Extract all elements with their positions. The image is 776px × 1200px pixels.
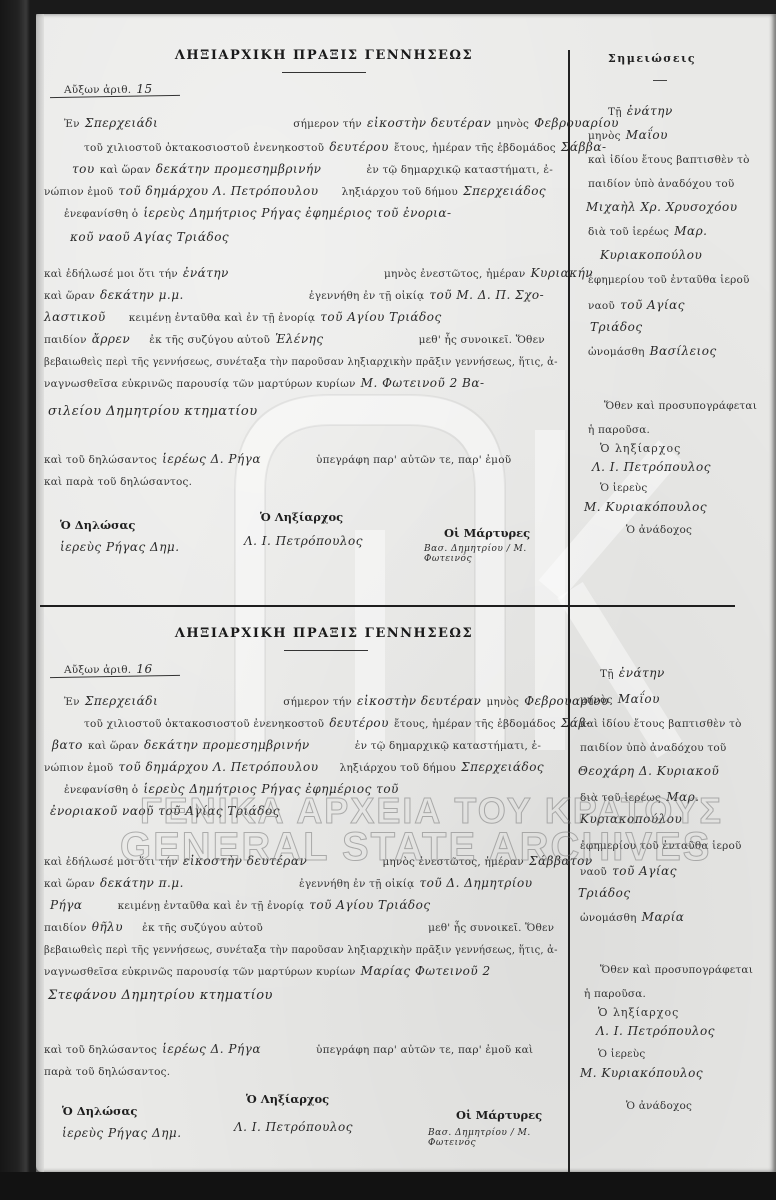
scan-bottom-edge: [0, 1172, 776, 1200]
text-line: Ρήγα κειμένῃ ἐνταῦθα καὶ ἐν τῇ ἐνορίᾳ το…: [50, 894, 431, 913]
note-line: μηνὸς Μαΐου: [580, 688, 660, 707]
text-line: Ἐν Σπερχειάδι σήμερον τήν εἰκοστὴν δευτέ…: [64, 690, 609, 709]
text-line: ἐνοριακοῦ ναοῦ τοῦ Αγίας Τριάδος: [50, 800, 280, 819]
note-line: παιδίον ὑπὸ ἀναδόχου τοῦ: [588, 172, 734, 191]
text-line: σιλείου Δημητρίου κτηματίου: [48, 400, 258, 419]
witnesses-signature: Βασ. Δημητρίου / Μ. Φωτεινός: [424, 544, 554, 564]
serial-label: Αὔξων ἀριθ.: [64, 664, 131, 676]
text-line: καὶ ὥραν δεκάτην π.μ. ἐγεννήθη ἐν τῇ οἰκ…: [44, 872, 532, 891]
text-line: καὶ τοῦ δηλώσαντος ἱερέως Δ. Ρήγα ὑπεγρά…: [44, 1038, 533, 1057]
text-line: Στεφάνου Δημητρίου κτηματίου: [48, 984, 273, 1003]
note-line: καὶ ἰδίου ἔτους βαπτισθὲν τὸ: [580, 712, 742, 731]
page-binding-edge: [36, 14, 44, 1172]
registrar-signature: Λ. Ι. Πετρόπουλος: [234, 1120, 353, 1134]
note-line: Μιχαὴλ Χρ. Χρυσοχόου: [586, 196, 738, 215]
serial-number-line: Αὔξων ἀριθ. 15: [64, 78, 153, 97]
text-line: λαστικοῦ κειμένῃ ἐνταῦθα καὶ ἐν τῇ ἐνορί…: [44, 306, 442, 325]
text-line: καὶ παρὰ τοῦ δηλώσαντος.: [44, 470, 192, 489]
note-line: ἐφημερίου τοῦ ἐνταῦθα ἱεροῦ: [580, 834, 742, 853]
note-line: Ὅθεν καὶ προσυπογράφεται: [604, 394, 757, 413]
text-line: νώπιον ἐμοῦ τοῦ δημάρχου Λ. Πετρόπουλου …: [44, 756, 544, 775]
registrar-label: Ὁ Ληξίαρχος: [246, 1092, 329, 1106]
declarant-label: Ὁ Δηλώσας: [62, 1104, 137, 1118]
note-line: Θεοχάρη Δ. Κυριακοῦ: [578, 760, 719, 779]
note-line: Κυριακοπούλου: [580, 808, 682, 827]
text-line: τοῦ χιλιοστοῦ ὀκτακοσιοστοῦ ἐνενηκοστοῦ …: [84, 136, 607, 155]
serial-label: Αὔξων ἀριθ.: [64, 84, 131, 96]
text-line: ναγνωσθεῖσα εὐκρινῶς παρουσίᾳ τῶν μαρτύρ…: [44, 960, 491, 979]
notes-godparent-label: Ὁ ἀνάδοχος: [626, 524, 692, 536]
text-line: βεβαιωθεὶς περὶ τῆς γεννήσεως, συνέταξα …: [44, 938, 558, 957]
baptismal-name: Βασίλειος: [650, 344, 717, 358]
godparent-name: Μιχαὴλ Χρ. Χρυσοχόου: [586, 200, 738, 214]
registrar-signature: Λ. Ι. Πετρόπουλος: [244, 534, 363, 548]
text-line: καὶ ὥραν δεκάτην μ.μ. ἐγεννήθη ἐν τῇ οἰκ…: [44, 284, 544, 303]
note-line: ναοῦ τοῦ Αγίας: [588, 294, 685, 313]
title-underline: [284, 650, 368, 651]
note-line: Τριάδος: [578, 882, 631, 901]
text-line: βεβαιωθεὶς περὶ τῆς γεννήσεως, συνέταξα …: [44, 350, 558, 369]
note-line: ὠνομάσθη Βασίλειος: [588, 340, 717, 359]
notes-priest-label: Ὁ ἱερεὺς: [600, 482, 647, 494]
serial-number: 15: [136, 82, 152, 96]
text-line: κοῦ ναοῦ Αγίας Τριάδος: [70, 226, 229, 245]
notes-registrar-signature: Λ. Ι. Πετρόπουλος: [592, 460, 711, 474]
note-line: διὰ τοῦ ἱερέως Μαρ.: [580, 786, 700, 805]
text-line: καὶ τοῦ δηλώσαντος ἱερέως Δ. Ρήγα ὑπεγρά…: [44, 448, 511, 467]
note-line: ναοῦ τοῦ Αγίας: [580, 860, 677, 879]
text-line: βατο καὶ ὥραν δεκάτην προμεσημβρινήν ἐν …: [52, 734, 541, 753]
note-line: ἡ παροῦσα.: [584, 982, 646, 1001]
note-line: μηνὸς Μαΐου: [588, 124, 668, 143]
note-line: διὰ τοῦ ἱερέως Μαρ.: [588, 220, 708, 239]
text-line: ἐνεφανίσθη ὁ ἱερεὺς Δημήτριος Ρήγας ἐφημ…: [64, 778, 399, 797]
notes-title-rule: [653, 80, 667, 81]
notes-priest-label: Ὁ ἱερεὺς: [598, 1048, 645, 1060]
text-line: παιδίον θῆλυ ἐκ τῆς συζύγου αὐτοῦ μεθ' ἧ…: [44, 916, 554, 935]
place-field: Σπερχειάδι: [85, 116, 158, 130]
text-line: καὶ ἐδήλωσέ μοι ὅτι τήν ἐνάτην μηνὸς ἐνε…: [44, 262, 593, 281]
notes-priest-signature: Μ. Κυριακόπουλος: [580, 1066, 703, 1080]
note-line: καὶ ἰδίου ἔτους βαπτισθὲν τὸ: [588, 148, 750, 167]
date-field: εἰκοστὴν δευτέραν: [367, 116, 491, 130]
serial-number-line: Αὔξων ἀριθ. 16: [64, 658, 153, 677]
witnesses-signature: Βασ. Δημητρίου / Μ. Φωτεινός: [428, 1128, 558, 1148]
note-line: Κυριακοπούλου: [600, 244, 702, 263]
notes-godparent-label: Ὁ ἀνάδοχος: [626, 1100, 692, 1112]
notes-registrar-label: Ὁ ληξίαρχος: [600, 442, 681, 455]
text-line: Ἐν Σπερχειάδι σήμερον τήν εἰκοστὴν δευτέ…: [64, 112, 619, 131]
text-line: τοῦ χιλιοστοῦ ὀκτακοσιοστοῦ ἐνενηκοστοῦ …: [84, 712, 590, 731]
notes-registrar-label: Ὁ ληξίαρχος: [598, 1006, 679, 1019]
note-line: Τῇ ἐνάτην: [608, 100, 673, 119]
note-line: ὠνομάσθη Μαρία: [580, 906, 684, 925]
baptismal-name: Μαρία: [642, 910, 685, 924]
serial-number: 16: [136, 662, 152, 676]
text-line: ναγνωσθεῖσα εὐκρινῶς παρουσίᾳ τῶν μαρτύρ…: [44, 372, 485, 391]
registrar-label: Ὁ Ληξίαρχος: [260, 510, 343, 524]
note-line: Ὅθεν καὶ προσυπογράφεται: [600, 958, 753, 977]
text-line: παρὰ τοῦ δηλώσαντος.: [44, 1060, 170, 1079]
place-field: Σπερχειάδι: [85, 694, 158, 708]
declarant-label: Ὁ Δηλώσας: [60, 518, 135, 532]
record-title: ΛΗΞΙΑΡΧΙΚΗ ΠΡΑΞΙΣ ΓΕΝΝΗΣΕΩΣ: [144, 626, 504, 641]
record-title: ΛΗΞΙΑΡΧΙΚΗ ΠΡΑΞΙΣ ΓΕΝΝΗΣΕΩΣ: [144, 48, 504, 63]
declarant-signature: ἱερεὺς Ρήγας Δημ.: [62, 1126, 182, 1140]
notes-priest-signature: Μ. Κυριακόπουλος: [584, 500, 707, 514]
notes-title: Σημειώσεις: [608, 52, 696, 65]
note-line: ἡ παροῦσα.: [588, 418, 650, 437]
text-line: νώπιον ἐμοῦ τοῦ δημάρχου Λ. Πετρόπουλου …: [44, 180, 546, 199]
declarant-signature: ἱερεὺς Ρήγας Δημ.: [60, 540, 180, 554]
record-divider: [40, 605, 735, 607]
note-line: παιδίον ὑπὸ ἀναδόχου τοῦ: [580, 736, 726, 755]
notes-registrar-signature: Λ. Ι. Πετρόπουλος: [596, 1024, 715, 1038]
note-line: Τῇ ἐνάτην: [600, 662, 665, 681]
note-line: Τριάδος: [590, 316, 643, 335]
text-line: καὶ ἐδήλωσέ μοι ὅτι τήν εἰκοστὴν δευτέρα…: [44, 850, 593, 869]
date-field: εἰκοστὴν δευτέραν: [357, 694, 481, 708]
witnesses-label: Οἱ Μάρτυρες: [456, 1108, 542, 1122]
title-underline: [282, 72, 366, 73]
text-line: ἐνεφανίσθη ὁ ἱερεὺς Δημήτριος Ρήγας ἐφημ…: [64, 202, 452, 221]
witnesses-label: Οἱ Μάρτυρες: [444, 526, 530, 540]
text-line: παιδίον ἄρρεν ἐκ τῆς συζύγου αὐτοῦ Ἑλένη…: [44, 328, 545, 347]
text-line: του καὶ ὥραν δεκάτην προμεσημβρινήν ἐν τ…: [72, 158, 553, 177]
godparent-name: Θεοχάρη Δ. Κυριακοῦ: [578, 764, 719, 778]
column-divider: [568, 50, 570, 1190]
note-line: ἐφημερίου τοῦ ἐνταῦθα ἱεροῦ: [588, 268, 750, 287]
